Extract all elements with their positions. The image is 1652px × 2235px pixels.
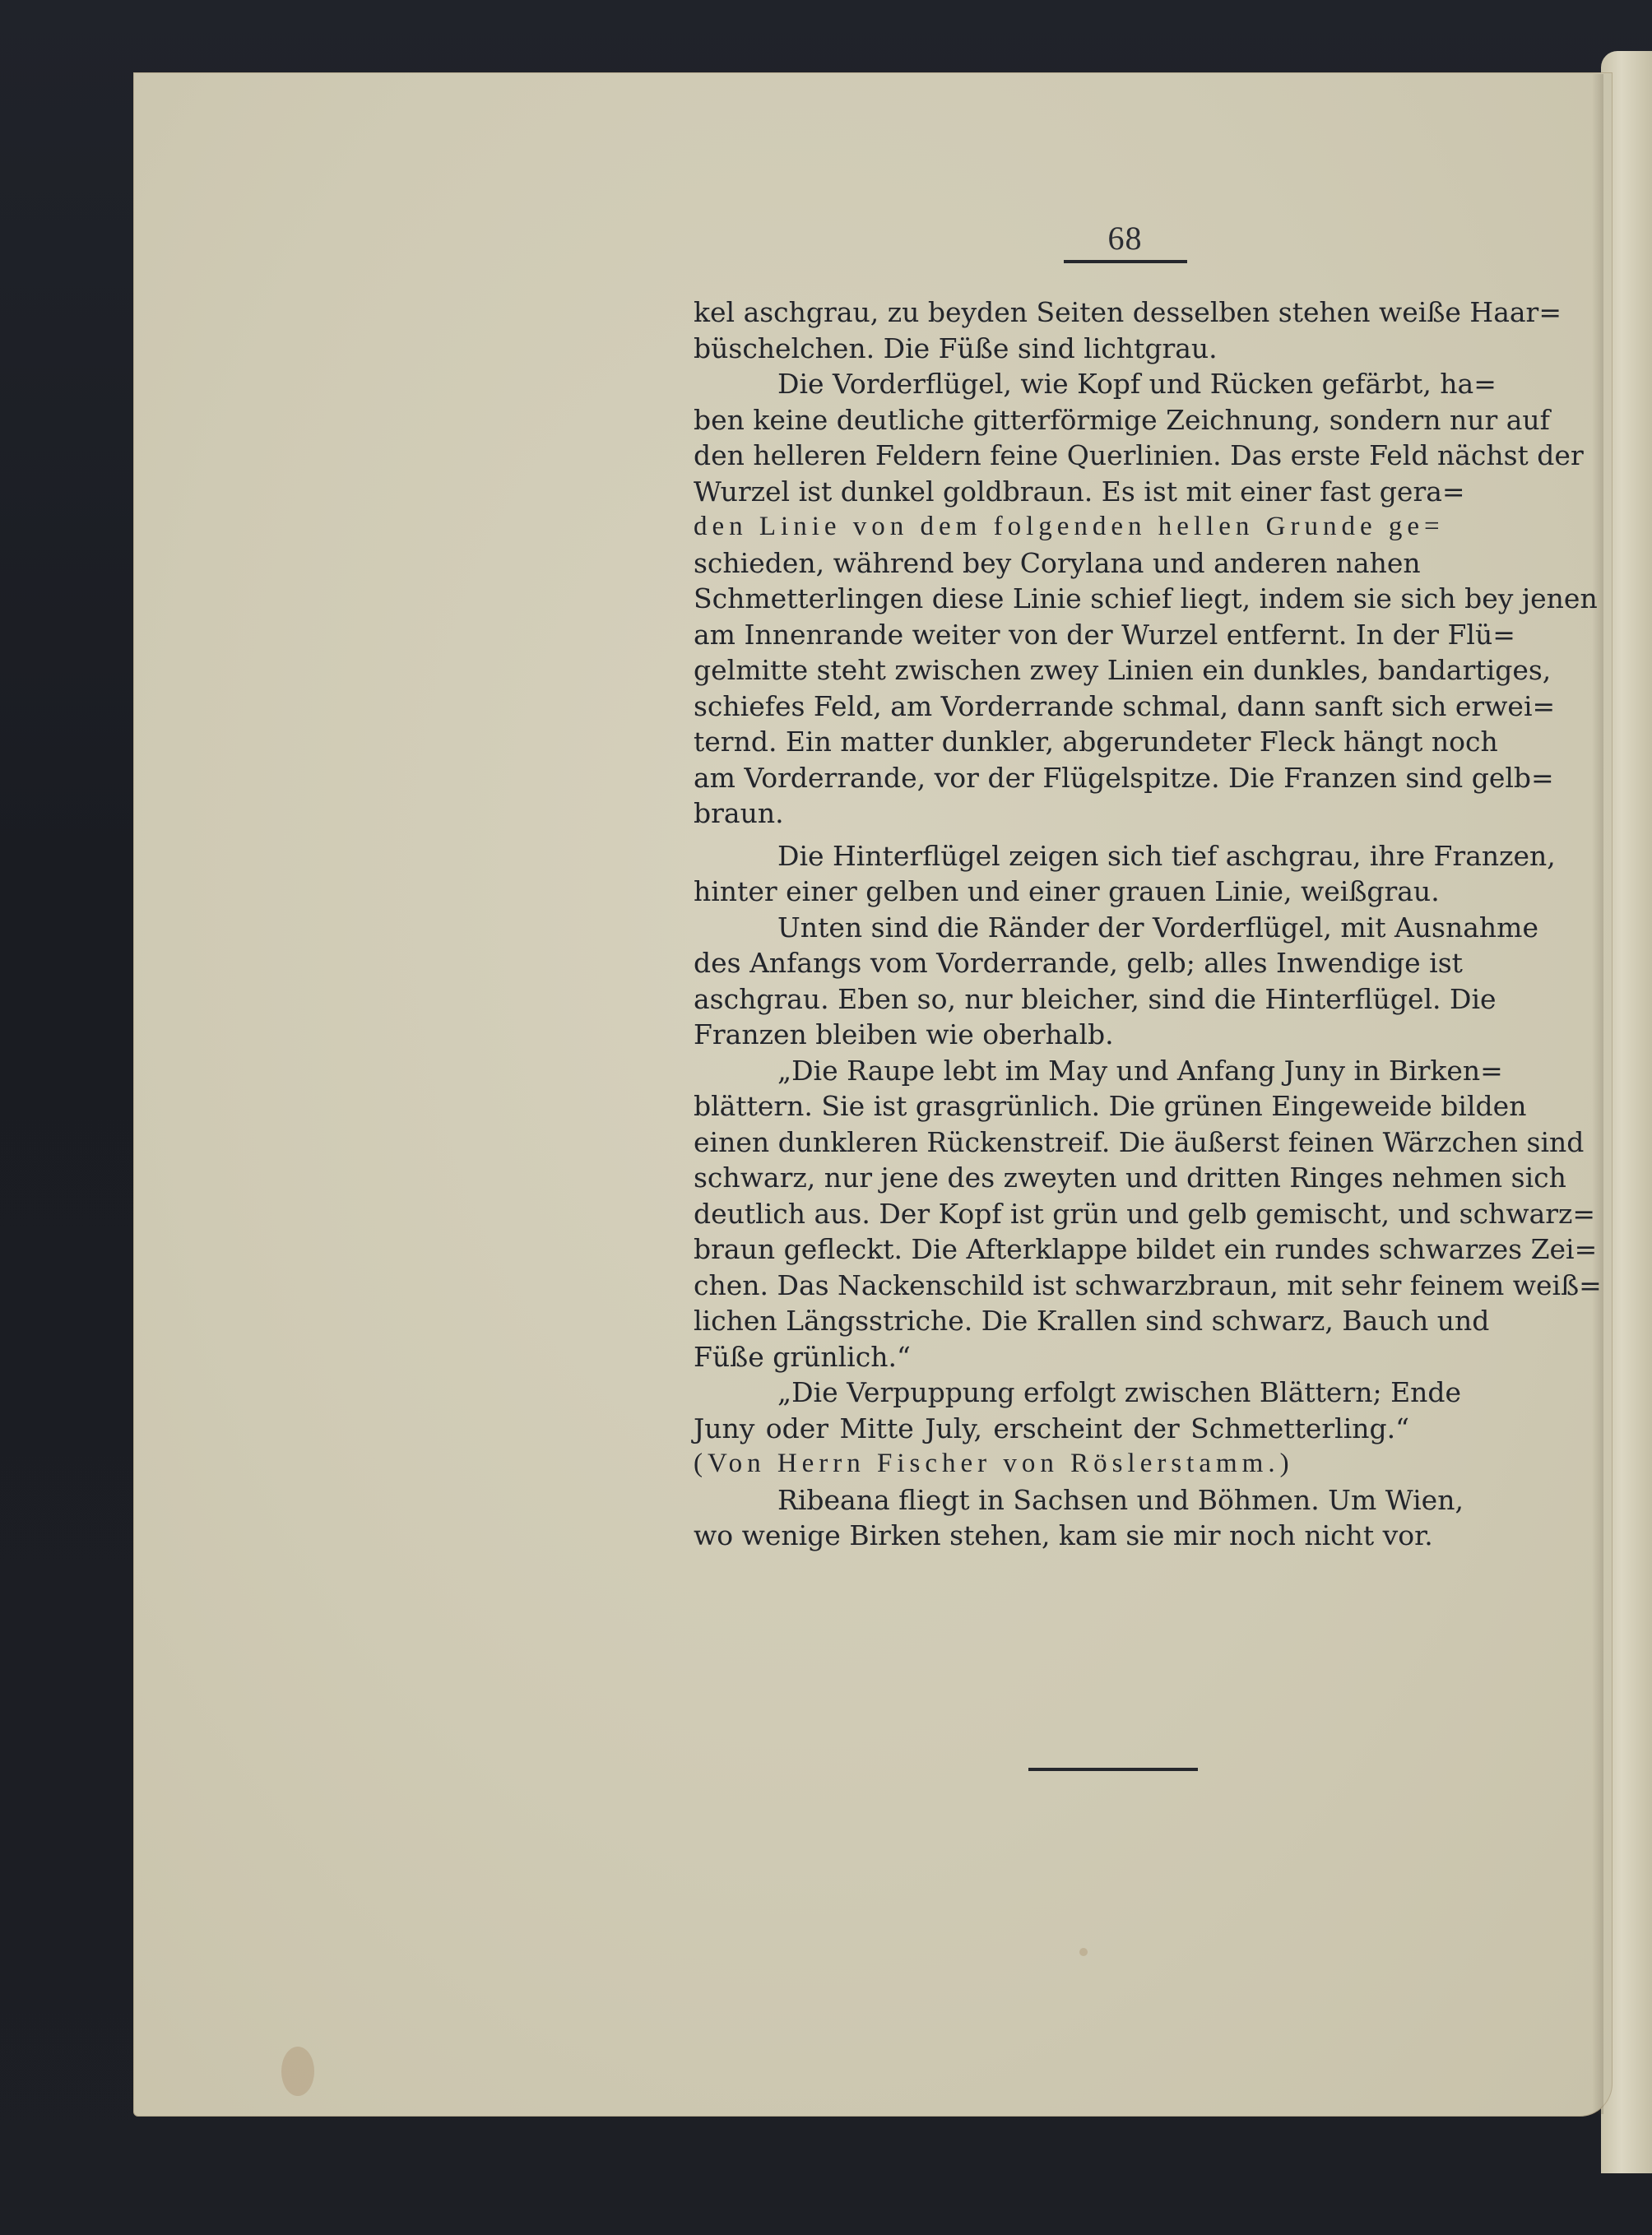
text-line: am Vorderrande, vor der Flügelspitze. Di… [694, 760, 1409, 796]
text-line: ternd. Ein matter dunkler, abgerundeter … [694, 724, 1409, 760]
text-line: „Die Raupe lebt im May und Anfang Juny i… [694, 1053, 1409, 1089]
text-line-attribution: (Von Herrn Fischer von Röslerstamm.) [694, 1446, 1409, 1482]
text-line: büschelchen. Die Füße sind lichtgrau. [694, 331, 1409, 367]
text-line: lichen Längsstriche. Die Krallen sind sc… [694, 1303, 1409, 1339]
text-line: kel aschgrau, zu beyden Seiten desselben… [694, 294, 1409, 331]
text-line: Füße grünlich.“ [694, 1339, 1409, 1375]
text-line: Wurzel ist dunkel goldbraun. Es ist mit … [694, 474, 1409, 510]
text-line: Franzen bleiben wie oberhalb. [694, 1017, 1409, 1053]
paragraph-gap [694, 832, 1409, 838]
text-line: Juny oder Mitte July, erscheint der Schm… [694, 1411, 1409, 1447]
gutter-shadow [1592, 74, 1603, 2114]
text-line: Ribeana fliegt in Sachsen und Böhmen. Um… [694, 1482, 1409, 1519]
text-line: schieden, während bey Corylana und ander… [694, 545, 1409, 582]
text-line: chen. Das Nackenschild ist schwarzbraun,… [694, 1268, 1409, 1304]
text-line: einen dunkleren Rückenstreif. Die äußers… [694, 1124, 1409, 1161]
text-line: braun gefleckt. Die Afterklappe bildet e… [694, 1231, 1409, 1268]
body-text: kel aschgrau, zu beyden Seiten desselben… [694, 294, 1409, 1554]
text-line: den helleren Feldern feine Querlinien. D… [694, 438, 1409, 474]
paper-stain [1079, 1948, 1088, 1956]
text-line: Unten sind die Ränder der Vorderflügel, … [694, 910, 1409, 946]
text-line: hinter einer gelben und einer grauen Lin… [694, 874, 1409, 910]
paper-stain [281, 2047, 314, 2096]
text-line: wo wenige Birken stehen, kam sie mir noc… [694, 1518, 1409, 1554]
text-line: Die Hinterflügel zeigen sich tief aschgr… [694, 838, 1409, 874]
text-line: ben keine deutliche gitterförmige Zeichn… [694, 402, 1409, 438]
text-line: „Die Verpuppung erfolgt zwischen Blätter… [694, 1375, 1409, 1411]
text-line: schiefes Feld, am Vorderrande schmal, da… [694, 689, 1409, 725]
page-number: 68 [1057, 222, 1193, 255]
text-line: Die Vorderflügel, wie Kopf und Rücken ge… [694, 366, 1409, 402]
text-line: deutlich aus. Der Kopf ist grün und gelb… [694, 1196, 1409, 1232]
footer-rule [1028, 1768, 1198, 1771]
header-rule [1064, 260, 1187, 263]
text-line: aschgrau. Eben so, nur bleicher, sind di… [694, 981, 1409, 1018]
page-header: 68 [1057, 222, 1193, 263]
text-line: braun. [694, 795, 1409, 832]
text-line: blättern. Sie ist grasgrünlich. Die grün… [694, 1088, 1409, 1124]
text-line: am Innenrande weiter von der Wurzel entf… [694, 617, 1409, 653]
text-line-spaced: den Linie von dem folgenden hellen Grund… [694, 509, 1409, 545]
text-line: gelmitte steht zwischen zwey Linien ein … [694, 652, 1409, 689]
text-line: schwarz, nur jene des zweyten und dritte… [694, 1160, 1409, 1196]
text-line: Schmetterlingen diese Linie schief liegt… [694, 581, 1409, 617]
text-line: des Anfangs vom Vorderrande, gelb; alles… [694, 945, 1409, 981]
